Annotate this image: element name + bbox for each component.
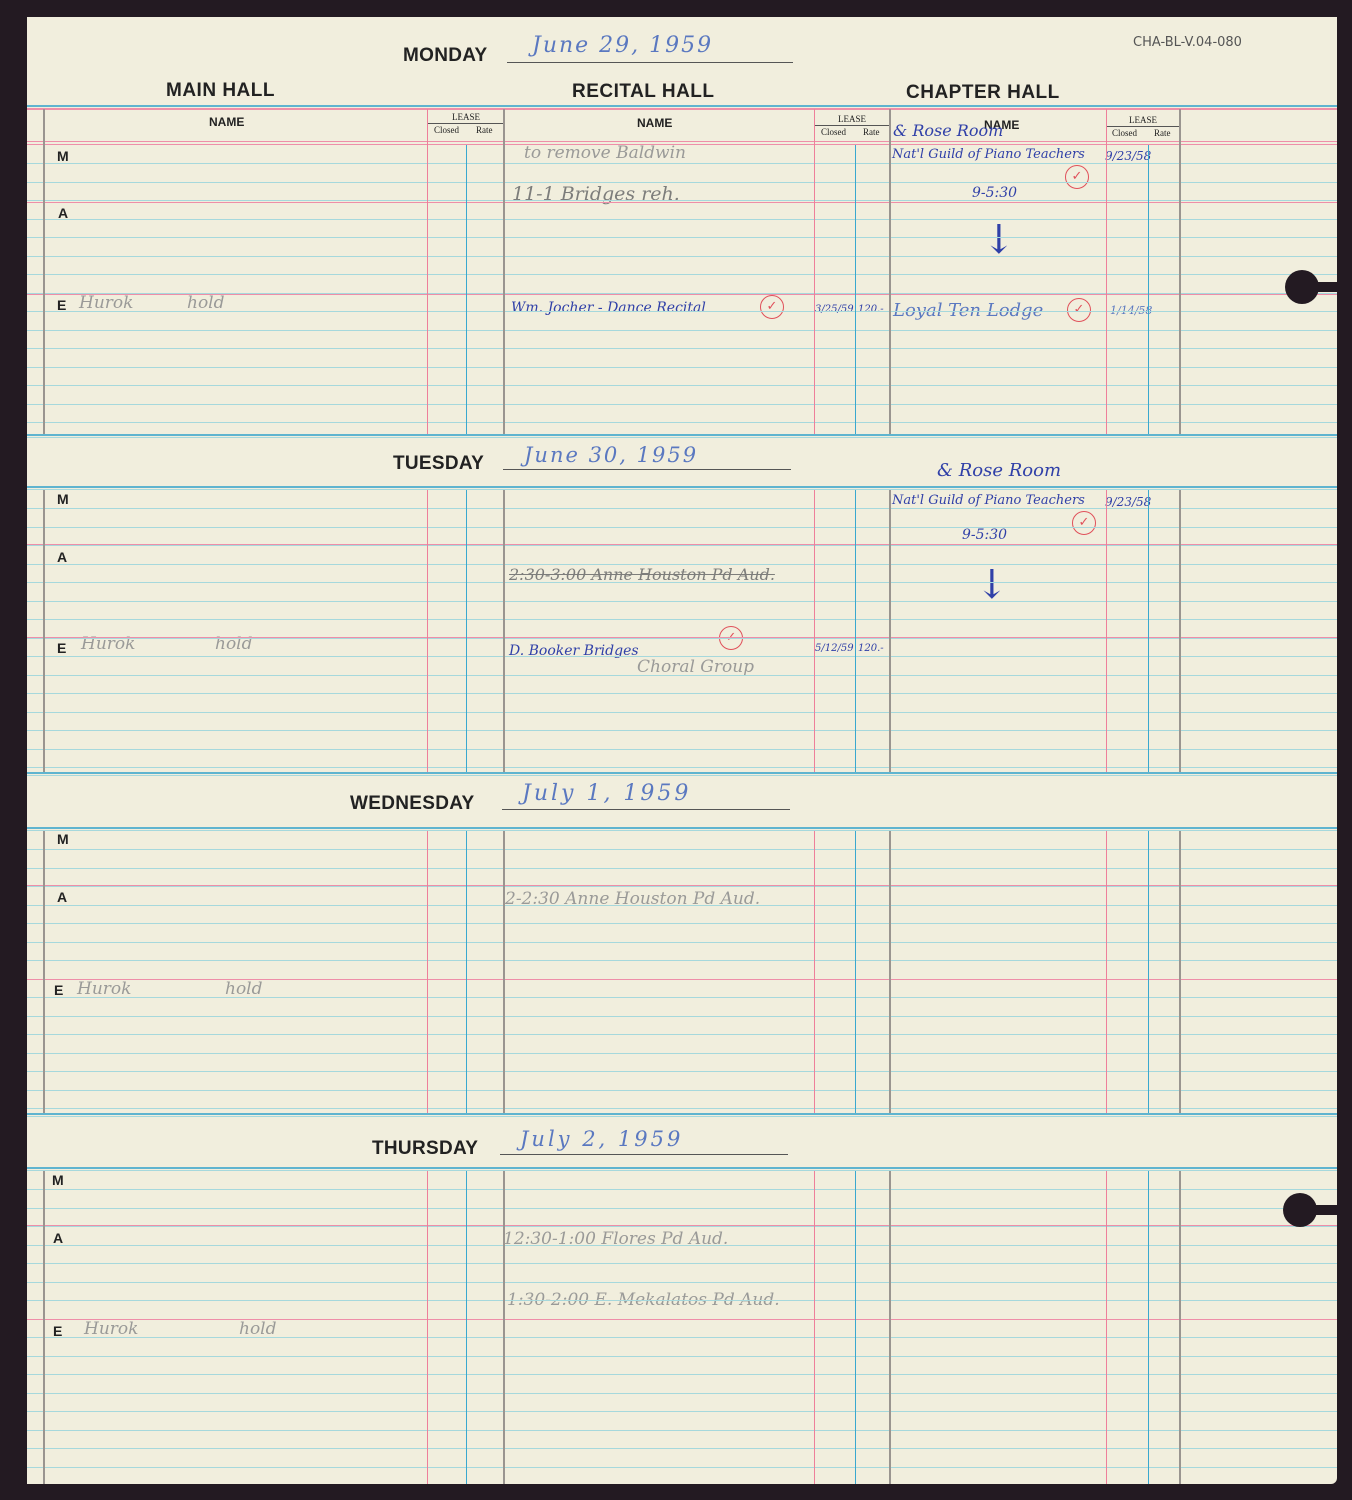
ruling-line — [1148, 145, 1149, 434]
ruling-line — [503, 109, 505, 145]
ruling-line — [466, 490, 467, 772]
ruling-line — [27, 1053, 1337, 1054]
col-head-name-recital: NAME — [637, 116, 672, 130]
ruling-line — [27, 404, 1337, 405]
rule — [27, 827, 1337, 829]
ruling-line — [466, 831, 467, 1113]
ruling-line — [27, 1374, 1337, 1375]
rate-head-recital: Rate — [863, 127, 880, 137]
ruling-line — [27, 237, 1337, 238]
main-hall-entry: Hurok — [84, 1319, 138, 1339]
ruling-line — [466, 145, 467, 434]
ruling-line — [27, 348, 1337, 349]
ruling-line — [27, 1263, 1337, 1264]
ruling-line — [27, 311, 1337, 312]
date-underline — [503, 469, 791, 470]
row-letter-m: M — [57, 148, 69, 164]
date-underline — [500, 1154, 788, 1155]
ruling-line — [889, 831, 891, 1113]
ruling-line — [27, 601, 1337, 602]
hall-title-main: MAIN HALL — [166, 80, 275, 102]
date-underline — [507, 62, 793, 63]
ruling-line — [27, 1245, 1337, 1246]
ruling-line — [27, 730, 1337, 731]
ruling-line — [27, 638, 1337, 639]
rule — [27, 437, 1337, 438]
lease-divider — [427, 123, 503, 124]
recital-entry: to remove Baldwin — [524, 143, 686, 163]
ruling-line — [27, 1282, 1337, 1283]
ruling-line — [1106, 145, 1107, 434]
ruling-line — [855, 831, 856, 1113]
ruling-line — [889, 1171, 891, 1484]
closed-head-chapter: Closed — [1112, 128, 1137, 138]
row-letter-m: M — [52, 1172, 64, 1188]
ruling-line — [27, 1034, 1337, 1035]
rule — [27, 1113, 1337, 1115]
ruling-line — [27, 367, 1337, 368]
ruling-line — [27, 849, 1337, 850]
lease-closed: 3/25/59 — [815, 304, 854, 315]
ruling-line — [27, 219, 1337, 220]
ruling-line — [27, 1208, 1337, 1209]
ruling-line — [1148, 1171, 1149, 1484]
date-underline — [502, 809, 790, 810]
rule — [27, 1116, 1337, 1117]
ruling-line — [27, 182, 1337, 183]
day-label-monday: MONDAY — [403, 45, 488, 67]
ruling-line — [27, 545, 1337, 546]
ruling-line — [27, 564, 1337, 565]
day-label-thursday: THURSDAY — [372, 1138, 478, 1160]
ledger-sheet: CHA-BL-V.04-080 MONDAY June 29, 1959 MAI… — [27, 17, 1337, 1484]
ruling-line — [814, 1171, 815, 1484]
ruling-line — [427, 1171, 428, 1484]
ruling-line — [27, 200, 1337, 201]
rule — [27, 434, 1337, 436]
ruling-line — [43, 490, 45, 772]
chapter-header-note: & Rose Room — [893, 121, 1003, 140]
date-wednesday: July 1, 1959 — [522, 781, 691, 806]
ruling-line — [27, 1189, 1337, 1190]
ruling-line — [27, 923, 1337, 924]
ruling-line — [27, 582, 1337, 583]
ruling-line — [27, 1108, 1337, 1109]
chapter-time: 9-5:30 — [962, 527, 1007, 543]
ruling-line — [27, 656, 1337, 657]
ruling-line — [27, 767, 1337, 768]
row-letter-m: M — [57, 831, 69, 847]
date-thursday: July 2, 1959 — [520, 1127, 683, 1151]
ruling-line — [27, 1300, 1337, 1301]
ruling-line — [27, 1411, 1337, 1412]
ruling-line — [814, 831, 815, 1113]
rule — [27, 1170, 1337, 1171]
ruling-line — [27, 619, 1337, 620]
lease-closed: 5/12/59 — [815, 643, 854, 654]
ruling-line — [27, 942, 1337, 943]
ruling-line — [27, 693, 1337, 694]
ruling-line — [889, 490, 891, 772]
lease-divider — [814, 125, 890, 126]
ruling-line — [1106, 109, 1107, 145]
lease-head-main: LEASE — [452, 112, 480, 122]
ruling-line — [27, 330, 1337, 331]
recital-entry: 2-2:30 Anne Houston Pd Aud. — [505, 889, 760, 909]
lease-closed: 9/23/58 — [1105, 495, 1151, 509]
chapter-entry: Nat'l Guild of Piano Teachers — [892, 493, 1085, 508]
ruling-line — [27, 1016, 1337, 1017]
ruling-line — [1106, 831, 1107, 1113]
ruling-line — [27, 422, 1337, 423]
ruling-line — [27, 1448, 1337, 1449]
ruling-line — [27, 527, 1337, 528]
rule — [27, 775, 1337, 776]
ruling-line — [27, 508, 1337, 509]
ruling-line — [855, 1171, 856, 1484]
ruling-line — [1106, 490, 1107, 772]
row-letter-a: A — [57, 889, 67, 905]
check-icon: ✓ — [760, 295, 784, 319]
rate-head-chapter: Rate — [1154, 128, 1171, 138]
ruling-line — [27, 1467, 1337, 1468]
row-letter-m: M — [57, 491, 69, 507]
rule — [27, 1167, 1337, 1169]
recital-entry: Wm. Jocher - Dance Recital — [511, 300, 706, 316]
lease-divider — [1106, 126, 1180, 127]
ruling-line — [855, 490, 856, 772]
ruling-line — [27, 544, 1337, 545]
ruling-line — [427, 145, 428, 434]
binder-hole — [1310, 282, 1340, 292]
rule — [27, 772, 1337, 774]
ruling-line — [27, 1430, 1337, 1431]
rule — [27, 486, 1337, 488]
main-hall-entry: Hurok — [79, 293, 133, 313]
ruling-line — [43, 109, 45, 145]
check-icon: ✓ — [1067, 298, 1091, 322]
rule — [27, 108, 1337, 110]
rule — [27, 105, 1337, 107]
ruling-line — [27, 885, 1337, 886]
lease-rate: 120.- — [858, 643, 884, 654]
check-icon: ✓ — [1072, 511, 1096, 535]
row-letter-e: E — [54, 982, 63, 998]
ruling-line — [503, 145, 505, 434]
ruling-line — [889, 109, 891, 145]
rate-head-main: Rate — [476, 125, 493, 135]
ruling-line — [27, 385, 1337, 386]
ruling-line — [1179, 831, 1181, 1113]
ruling-line — [1179, 109, 1181, 145]
rule — [27, 141, 1337, 142]
chapter-time: 9-5:30 — [972, 185, 1017, 201]
closed-head-recital: Closed — [821, 127, 846, 137]
ruling-line — [466, 1171, 467, 1484]
archive-id: CHA-BL-V.04-080 — [1133, 35, 1242, 50]
row-letter-a: A — [57, 549, 67, 565]
ruling-line — [43, 145, 45, 434]
ruling-line — [27, 1225, 1337, 1226]
day-label-tuesday: TUESDAY — [393, 453, 484, 475]
hall-title-chapter: CHAPTER HALL — [906, 82, 1060, 104]
ruling-line — [27, 1356, 1337, 1357]
ruling-line — [889, 145, 891, 434]
ruling-line — [1179, 145, 1181, 434]
ruling-line — [27, 868, 1337, 869]
ruling-line — [27, 979, 1337, 980]
ruling-line — [27, 712, 1337, 713]
recital-subnote: Choral Group — [637, 657, 754, 677]
col-head-name-main: NAME — [209, 115, 244, 129]
chapter-entry: Nat'l Guild of Piano Teachers — [892, 147, 1085, 162]
lease-closed: 9/23/58 — [1105, 149, 1151, 163]
ruling-line — [503, 1171, 505, 1484]
ruling-line — [43, 1171, 45, 1484]
recital-entry: 12:30-1:00 Flores Pd Aud. — [503, 1229, 728, 1249]
ruling-line — [27, 1071, 1337, 1072]
chapter-header-note: & Rose Room — [937, 460, 1061, 481]
ruling-line — [503, 831, 505, 1113]
ruling-line — [427, 109, 428, 145]
ruling-line — [27, 997, 1337, 998]
ruling-line — [27, 960, 1337, 961]
lease-head-chapter: LEASE — [1129, 115, 1157, 125]
ruling-line — [855, 145, 856, 434]
ruling-line — [814, 145, 815, 434]
ruling-line — [27, 637, 1337, 638]
ruling-line — [27, 675, 1337, 676]
ruling-line — [814, 109, 815, 145]
ruling-line — [27, 1090, 1337, 1091]
ruling-line — [27, 1226, 1337, 1227]
closed-head-main: Closed — [434, 125, 459, 135]
ruling-line — [27, 905, 1337, 906]
main-hall-note: hold — [187, 293, 225, 313]
lease-head-recital: LEASE — [838, 114, 866, 124]
ruling-line — [814, 490, 815, 772]
main-hall-note: hold — [239, 1319, 277, 1339]
ruling-line — [1148, 831, 1149, 1113]
rule — [27, 830, 1337, 831]
day-label-wednesday: WEDNESDAY — [350, 793, 474, 815]
ruling-line — [27, 294, 1337, 295]
lease-rate: 120.- — [858, 304, 884, 315]
date-monday: June 29, 1959 — [532, 33, 713, 58]
ruling-line — [43, 831, 45, 1113]
hall-title-recital: RECITAL HALL — [572, 81, 715, 103]
ruling-line — [27, 1319, 1337, 1320]
ruling-line — [1179, 490, 1181, 772]
main-hall-entry: Hurok — [77, 979, 131, 999]
rule — [27, 489, 1337, 490]
check-icon: ✓ — [1065, 165, 1089, 189]
ruling-line — [1148, 490, 1149, 772]
ruling-line — [1179, 1171, 1181, 1484]
row-letter-a: A — [53, 1230, 63, 1246]
main-hall-note: hold — [225, 979, 263, 999]
ruling-line — [27, 1393, 1337, 1394]
binder-hole — [1308, 1205, 1340, 1215]
ruling-line — [27, 749, 1337, 750]
ruling-line — [427, 490, 428, 772]
ruling-line — [27, 1337, 1337, 1338]
ruling-line — [27, 256, 1337, 257]
ruling-line — [503, 490, 505, 772]
ruling-line — [27, 202, 1337, 203]
ruling-line — [1106, 1171, 1107, 1484]
date-tuesday: June 30, 1959 — [524, 443, 698, 467]
ruling-line — [27, 274, 1337, 275]
row-letter-e: E — [57, 640, 66, 656]
ruling-line — [27, 163, 1337, 164]
ruling-line — [427, 831, 428, 1113]
ruling-line — [27, 886, 1337, 887]
